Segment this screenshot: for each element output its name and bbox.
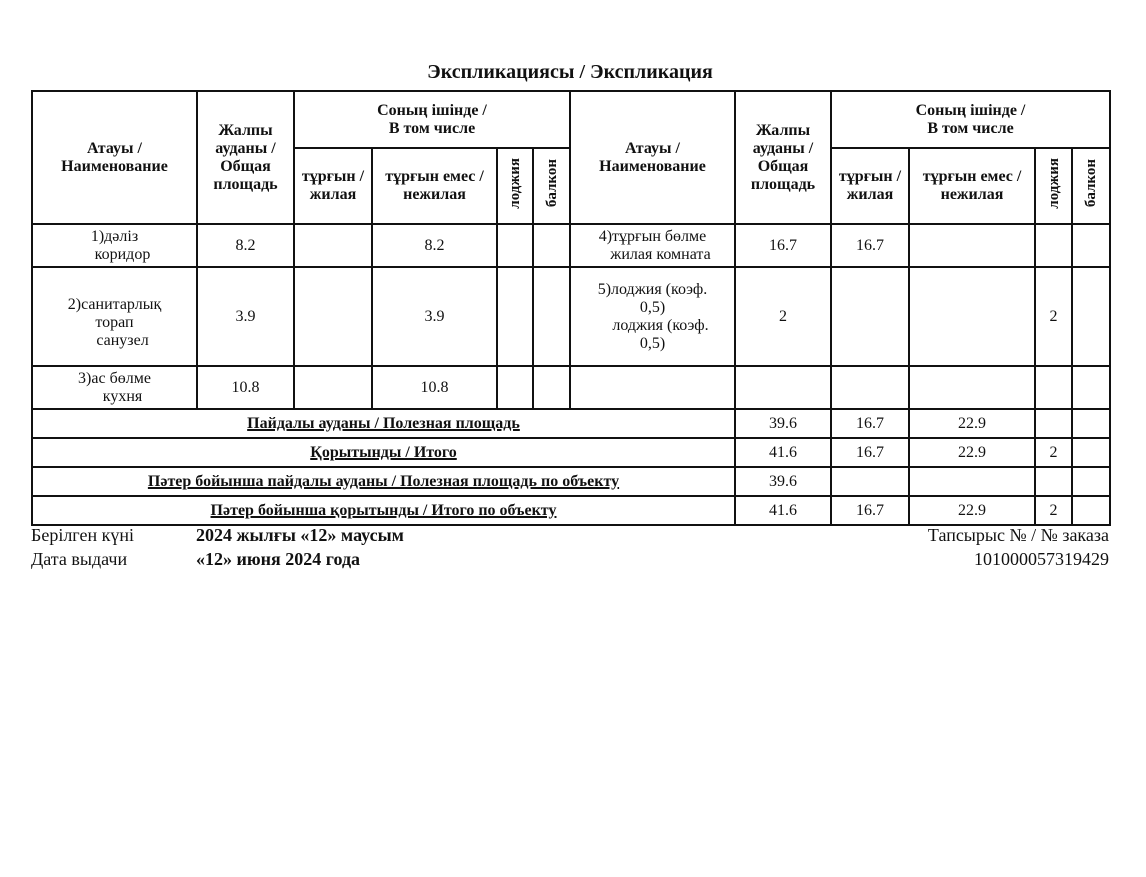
summary-loggia: 2 [1035, 496, 1072, 525]
order-label: Тапсырыс № / № заказа [928, 525, 1109, 546]
summary-living: 16.7 [831, 496, 909, 525]
room-loggia [1035, 366, 1072, 409]
room-living: 16.7 [831, 224, 909, 267]
summary-nonliving: 22.9 [909, 438, 1035, 467]
header-including-right: Соның ішінде /В том числе [831, 91, 1110, 148]
room-total: 2 [735, 267, 831, 366]
room-total: 3.9 [197, 267, 294, 366]
summary-row-useful-area: Пайдалы ауданы / Полезная площадь 39.6 1… [32, 409, 1110, 438]
summary-label: Қорытынды / Итого [32, 438, 735, 467]
room-balcony [1072, 267, 1110, 366]
summary-living: 16.7 [831, 438, 909, 467]
room-balcony [533, 224, 570, 267]
summary-row-object-useful-area: Пәтер бойынша пайдалы ауданы / Полезная … [32, 467, 1110, 496]
room-balcony [1072, 224, 1110, 267]
room-nonliving: 3.9 [372, 267, 497, 366]
summary-living: 16.7 [831, 409, 909, 438]
room-name [570, 366, 735, 409]
summary-label: Пәтер бойынша пайдалы ауданы / Полезная … [32, 467, 735, 496]
room-loggia [497, 366, 533, 409]
room-loggia: 2 [1035, 267, 1072, 366]
header-balcony: балкон [533, 148, 570, 224]
room-name: 4)тұрғын бөлмежилая комната [570, 224, 735, 267]
header-including: Соның ішінде /В том числе [294, 91, 570, 148]
summary-loggia [1035, 467, 1072, 496]
explication-table: Атауы /Наименование Жалпыауданы /Общаяпл… [31, 90, 1111, 526]
summary-loggia: 2 [1035, 438, 1072, 467]
summary-row-total: Қорытынды / Итого 41.6 16.7 22.9 2 [32, 438, 1110, 467]
room-name: 2)санитарлықторапсанузел [32, 267, 197, 366]
room-name: 5)лоджия (коэф.0,5)лоджия (коэф.0,5) [570, 267, 735, 366]
header-name-right: Атауы /Наименование [570, 91, 735, 224]
room-loggia [1035, 224, 1072, 267]
summary-nonliving: 22.9 [909, 409, 1035, 438]
header-name: Атауы /Наименование [32, 91, 197, 224]
room-total: 10.8 [197, 366, 294, 409]
header-living-right: тұрғын /жилая [831, 148, 909, 224]
summary-row-object-total: Пәтер бойынша қорытынды / Итого по объек… [32, 496, 1110, 525]
room-balcony [533, 267, 570, 366]
header-nonliving: тұрғын емес /нежилая [372, 148, 497, 224]
header-total: Жалпыауданы /Общаяплощадь [197, 91, 294, 224]
room-nonliving: 10.8 [372, 366, 497, 409]
room-living [294, 224, 372, 267]
summary-living [831, 467, 909, 496]
room-balcony [533, 366, 570, 409]
table-row: 1)дәлізкоридор 8.2 8.2 4)тұрғын бөлмежил… [32, 224, 1110, 267]
summary-label: Пәтер бойынша қорытынды / Итого по объек… [32, 496, 735, 525]
summary-total: 39.6 [735, 467, 831, 496]
summary-balcony [1072, 496, 1110, 525]
table-row: 2)санитарлықторапсанузел 3.9 3.9 5)лоджи… [32, 267, 1110, 366]
order-number: 101000057319429 [974, 549, 1109, 570]
summary-total: 41.6 [735, 438, 831, 467]
room-total: 8.2 [197, 224, 294, 267]
header-balcony-right: балкон [1072, 148, 1110, 224]
room-nonliving [909, 267, 1035, 366]
room-total: 16.7 [735, 224, 831, 267]
header-loggia: лоджия [497, 148, 533, 224]
summary-nonliving: 22.9 [909, 496, 1035, 525]
summary-total: 41.6 [735, 496, 831, 525]
issue-date-value-kz: 2024 жылғы «12» маусым [196, 525, 404, 546]
room-nonliving [909, 224, 1035, 267]
room-living [831, 366, 909, 409]
summary-balcony [1072, 467, 1110, 496]
room-balcony [1072, 366, 1110, 409]
issue-date-label-kz: Берілген күні [31, 525, 134, 546]
summary-loggia [1035, 409, 1072, 438]
issue-date-label-ru: Дата выдачи [31, 549, 127, 570]
header-total-right: Жалпыауданы /Общаяплощадь [735, 91, 831, 224]
header-nonliving-right: тұрғын емес /нежилая [909, 148, 1035, 224]
table-row: 3)ас бөлмекухня 10.8 10.8 [32, 366, 1110, 409]
room-living [294, 366, 372, 409]
room-name: 3)ас бөлмекухня [32, 366, 197, 409]
document-title: Экспликациясы / Экспликация [0, 61, 1140, 84]
summary-total: 39.6 [735, 409, 831, 438]
room-name: 1)дәлізкоридор [32, 224, 197, 267]
summary-balcony [1072, 438, 1110, 467]
summary-label: Пайдалы ауданы / Полезная площадь [32, 409, 735, 438]
room-loggia [497, 224, 533, 267]
issue-date-value-ru: «12» июня 2024 года [196, 549, 360, 570]
header-living: тұрғын /жилая [294, 148, 372, 224]
room-total [735, 366, 831, 409]
room-living [831, 267, 909, 366]
summary-balcony [1072, 409, 1110, 438]
summary-nonliving [909, 467, 1035, 496]
room-loggia [497, 267, 533, 366]
header-loggia-right: лоджия [1035, 148, 1072, 224]
room-living [294, 267, 372, 366]
room-nonliving: 8.2 [372, 224, 497, 267]
room-nonliving [909, 366, 1035, 409]
